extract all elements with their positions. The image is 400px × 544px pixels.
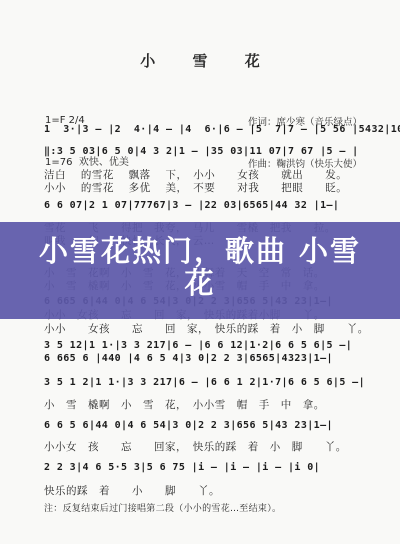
notation-line: 6 6 07|2 1 07|77767|3 — |22 03|6565|44 3… xyxy=(44,200,339,211)
notation-line: ‖:3 5 03|6 5 0|4 3 2|1 — |35 03|11 07|7 … xyxy=(44,146,359,157)
caption-overlay-banner: 小雪花热门，歌曲 小雪 花 xyxy=(0,222,400,319)
lyric-line: 快乐的踩 着 小 脚 丫。 xyxy=(44,483,220,498)
overlay-caption-line2: 花 xyxy=(0,267,400,299)
song-title: 小 雪 花 xyxy=(0,50,400,71)
lyric-line: 小小女 孩 忘 回家， 快乐的踩 着 小 脚 丫。 xyxy=(44,439,347,454)
notation-line: 6 665 6 |440 |4 6 5 4|3 0|2 2 3|6565|432… xyxy=(44,353,333,364)
notation-line: 3 5 12|1 1·|3 3 217|6 — |6 6 12|1·2|6 6 … xyxy=(44,340,352,351)
lyric-line: 小小 的雪花 多优 美， 不要 对我 把眼 眨。 xyxy=(44,180,347,195)
notation-line: 2 2 3|4 6 5·5 3|5 6 75 |i — |i — |i — |i… xyxy=(44,462,320,473)
lyric-line: 小 雪 橇啊 小 雪 花， 小小雪 帽 手 中 拿。 xyxy=(44,397,325,412)
notation-line: 3 5 1 2|1 1·|3 3 217|6 — |6 6 1 2|1·7|6 … xyxy=(44,377,365,388)
notation-line: 6 6 5 6|44 0|4 6 54|3 0|2 2 3|656 5|43 2… xyxy=(44,420,333,431)
overlay-caption-line1: 小雪花热门，歌曲 小雪 xyxy=(0,235,400,267)
lyric-line: 小小 女孩 忘 回 家， 快乐的踩 着 小 脚 丫。 xyxy=(44,321,369,336)
notation-line: 1 3·|3 — |2 4·|4 — |4 6·|6 — |5 7|7 — |5… xyxy=(44,124,400,135)
sheet-music-page: 小 雪 花 1=F 2/4 1=76 欢快、优美 作词：席少寒（音乐绿点） 作曲… xyxy=(0,0,400,544)
repeat-footnote: 注：反复结束后过门接唱第二段（小小的雪花…至结束）。 xyxy=(44,501,281,514)
